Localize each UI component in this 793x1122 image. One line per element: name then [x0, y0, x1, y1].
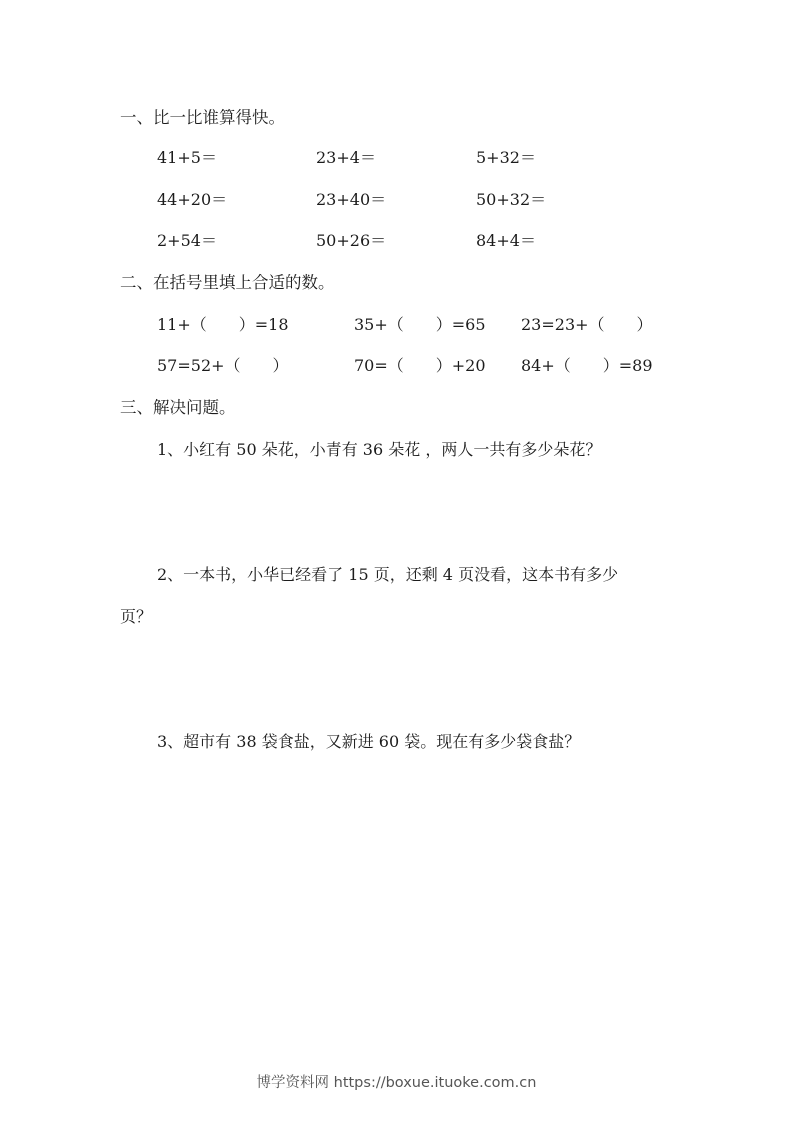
footer-watermark: 博学资料网 https://boxue.ituoke.com.cn [0, 1071, 793, 1092]
equation: 23+40＝ [316, 190, 386, 210]
word-problem-2-line1: 2、一本书，小华已经看了 15 页，还剩 4 页没看，这本书有多少 [157, 565, 618, 585]
word-problem-3: 3、超市有 38 袋食盐，又新进 60 袋。现在有多少袋食盐？ [157, 732, 580, 752]
equation: 5+32＝ [476, 148, 536, 168]
equation: 50+26＝ [316, 231, 386, 251]
equation: 23+4＝ [316, 148, 376, 168]
fill-in-equation: 70=（ ）+20 [354, 356, 486, 376]
word-problem-2-line2: 页？ [120, 607, 152, 627]
fill-in-equation: 57=52+（ ） [157, 356, 289, 376]
section1-heading: 一、比一比谁算得快。 [120, 108, 285, 128]
fill-in-equation: 35+（ ）=65 [354, 315, 486, 335]
equation: 50+32＝ [476, 190, 546, 210]
fill-in-equation: 23=23+（ ） [521, 315, 653, 335]
section3-heading: 三、解决问题。 [120, 398, 236, 418]
fill-in-equation: 11+（ ）=18 [157, 315, 289, 335]
word-problem-1: 1、小红有 50 朵花，小青有 36 朵花 ，两人一共有多少朵花？ [157, 440, 601, 460]
section2-heading: 二、在括号里填上合适的数。 [120, 273, 335, 293]
fill-in-equation: 84+（ ）=89 [521, 356, 653, 376]
equation: 41+5＝ [157, 148, 217, 168]
equation: 84+4＝ [476, 231, 536, 251]
equation: 44+20＝ [157, 190, 227, 210]
equation: 2+54＝ [157, 231, 217, 251]
